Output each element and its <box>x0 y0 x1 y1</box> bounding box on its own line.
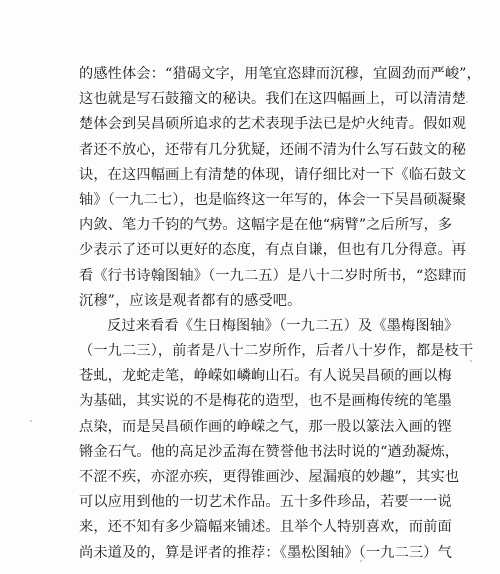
scan-speck <box>30 420 32 422</box>
text-line: （一九二三），前者是八十二岁所作，后者八十岁作，都是枝干 <box>79 339 429 364</box>
text-line: 者还不放心，还带有几分犹疑，还闹不清为什么写石鼓文的秘 <box>79 138 429 163</box>
text-line: 点染，而是吴昌硕作画的峥嵘之气，那一股以篆法入画的铿 <box>79 415 429 440</box>
text-line: 尚未道及的，算是评者的推荐：《墨松图轴》（一九二三）气 <box>79 541 429 566</box>
text-line: 苍虬，龙蛇走笔，峥嵘如嶙峋山石。有人说吴昌硕的画以梅 <box>79 364 429 389</box>
text-line: 的感性体会：“猎碣文字，用笔宜恣肆而沉穆，宜圆劲而严峻”， <box>79 62 429 87</box>
text-line: 可以应用到他的一切艺术作品。五十多件珍品，若要一一说 <box>79 490 429 515</box>
text-line: 看《行书诗翰图轴》（一九二五）是八十二岁时所书，“恣肆而 <box>79 264 429 289</box>
scan-speck <box>466 101 468 103</box>
text-line: 诀，在这四幅画上有清楚的体现，请仔细比对一下《临石鼓文 <box>79 163 429 188</box>
text-line: 锵金石气。他的高足沙孟海在赞誉他书法时说的“遒劲凝炼， <box>79 440 429 465</box>
text-line: 反过来看看《生日梅图轴》（一九二五）及《墨梅图轴》 <box>79 314 429 339</box>
body-text: 的感性体会：“猎碣文字，用笔宜恣肆而沉穆，宜圆劲而严峻”， 这也就是写石鼓籀文的… <box>79 62 429 566</box>
text-line: 少表示了还可以更好的态度，有点自谦，但也有几分得意。再 <box>79 238 429 263</box>
scan-speck <box>470 360 472 362</box>
text-line: 为基础，其实说的不是梅花的造型，也不是画梅传统的笔墨 <box>79 389 429 414</box>
scan-speck <box>452 240 454 242</box>
text-line: 内敛、笔力千钧的气势。这幅字是在他“病臂”之后所写，多 <box>79 213 429 238</box>
text-line: 楚体会到吴昌硕所追求的艺术表现手法已是炉火纯青。假如观 <box>79 112 429 137</box>
text-line: 不涩不疾，亦涩亦疾，更得锥画沙、屋漏痕的妙趣”，其实也 <box>79 465 429 490</box>
text-line: 这也就是写石鼓籀文的秘诀。我们在这四幅画上，可以清清楚 <box>79 87 429 112</box>
scanned-page: 的感性体会：“猎碣文字，用笔宜恣肆而沉穆，宜圆劲而严峻”， 这也就是写石鼓籀文的… <box>0 0 500 574</box>
text-line: 沉穆”，应该是观者都有的感受吧。 <box>79 289 429 314</box>
text-line: 轴》（一九二七），也是临终这一年写的，体会一下吴昌硕凝聚 <box>79 188 429 213</box>
text-line: 来，还不知有多少篇幅来铺述。且举个人特别喜欢，而前面 <box>79 515 429 540</box>
scan-speck <box>360 560 362 562</box>
